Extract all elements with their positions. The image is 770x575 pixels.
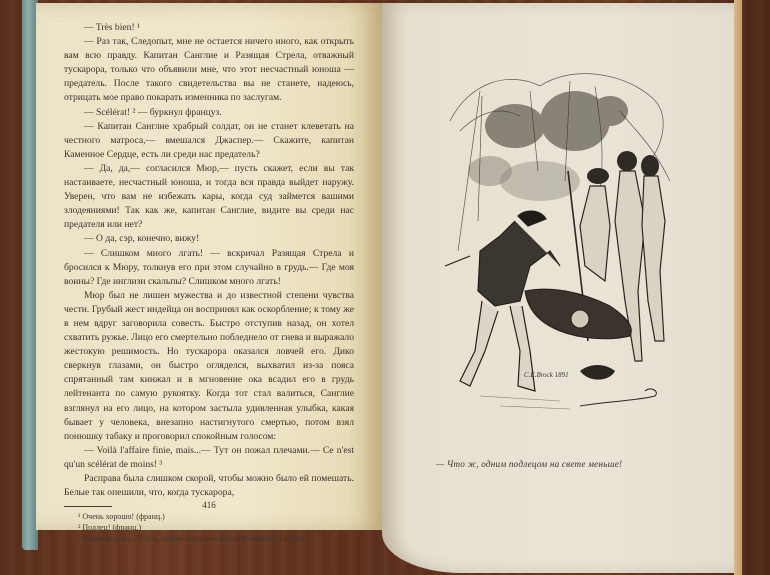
- paragraph: — Да, да,— согласился Мюр,— пусть скажет…: [64, 162, 354, 232]
- paragraph: — Voilà l'affaire finie, mais...— Тут он…: [64, 444, 354, 472]
- paragraph: — Scélérat! ² — буркнул француз.: [64, 106, 354, 120]
- body-text: — Très bien! ¹ — Раз так, Следопыт, мне …: [64, 21, 354, 544]
- paragraph: Мюр был не лишен мужества и до известной…: [64, 289, 354, 444]
- paragraph: — Très bien! ¹: [64, 21, 354, 35]
- page-number: 416: [36, 500, 382, 510]
- paragraph: — Капитан Санглие храбрый солдат, он не …: [64, 120, 354, 162]
- illustration-caption: — Что ж, одним подлецом на свете меньше!: [436, 459, 716, 469]
- footnote: ³ Кончено дело... Что ж, одним подлецом …: [64, 533, 354, 544]
- page-block-edge: [734, 0, 742, 575]
- paragraph: — Раз так, Следопыт, мне не остается нич…: [64, 35, 354, 105]
- left-page: — Très bien! ¹ — Раз так, Следопыт, мне …: [36, 3, 382, 530]
- footnotes: ¹ Очень хорошо! (франц.) ² Подлец! (фран…: [64, 511, 354, 544]
- paragraph: Расправа была слишком скорой, чтобы можн…: [64, 472, 354, 500]
- paragraph: — Слишком много лгать! — вскричал Разяща…: [64, 247, 354, 289]
- artist-signature: C.E.Brock 1891: [524, 371, 569, 379]
- footnote: ² Подлец! (франц.): [64, 522, 354, 533]
- footnote: ¹ Очень хорошо! (франц.): [64, 511, 354, 522]
- engraving-illustration: [420, 51, 680, 411]
- right-page: C.E.Brock 1891 — Что ж, одним подлецом н…: [382, 3, 734, 573]
- paragraph: — О да, сэр, конечно, вижу!: [64, 232, 354, 246]
